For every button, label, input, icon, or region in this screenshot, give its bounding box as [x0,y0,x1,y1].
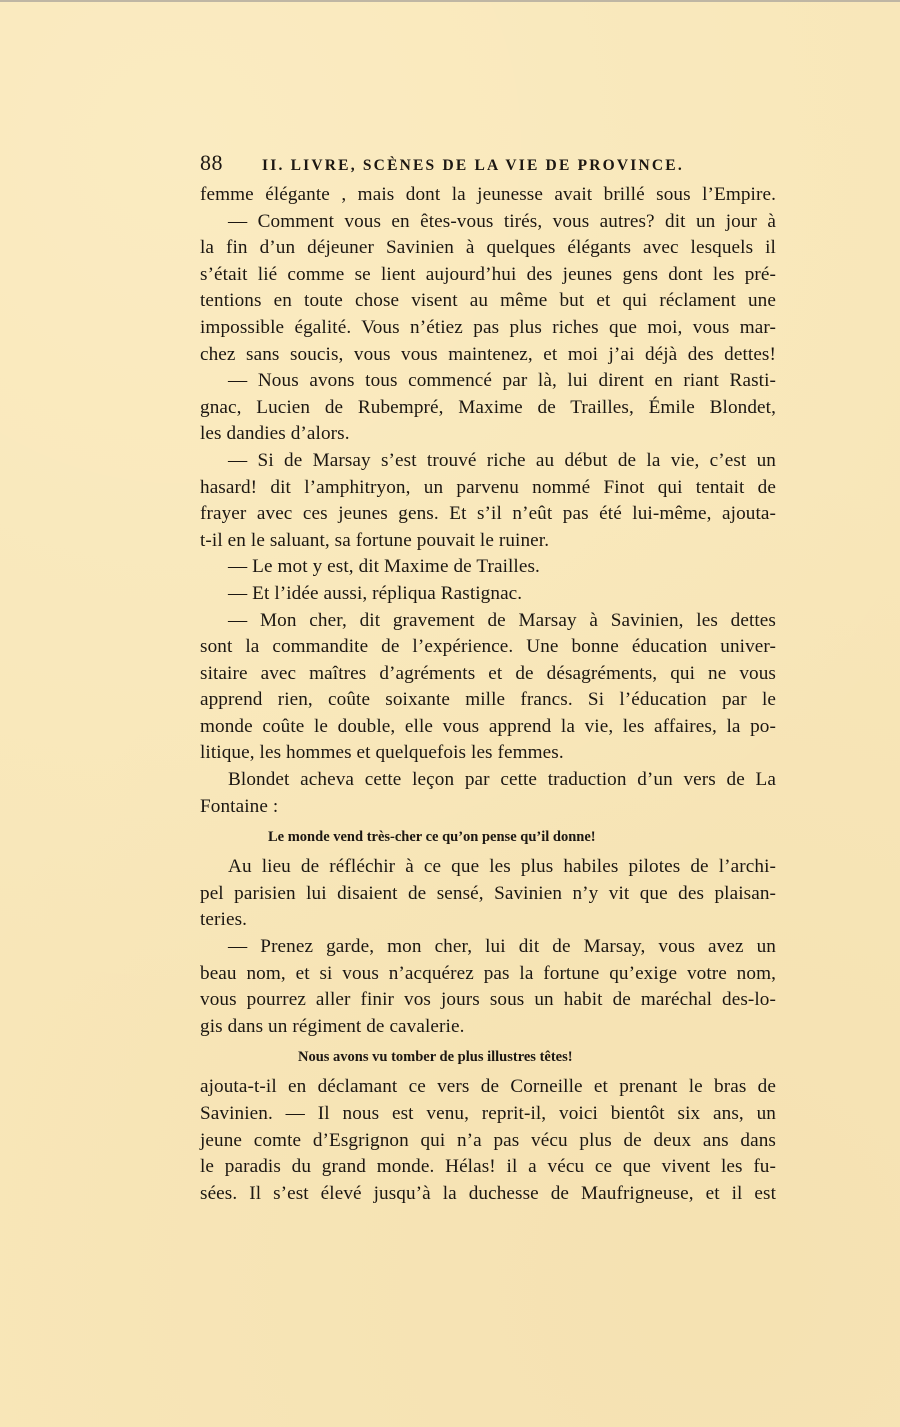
text-line: Fontaine : [200,794,776,821]
text-line: s’était lié comme se lient aujourd’hui d… [200,262,776,289]
text-line: ajouta-t-il en déclamant ce vers de Corn… [200,1074,776,1101]
text-line: monde coûte le double, elle vous apprend… [200,714,776,741]
text-line: — Le mot y est, dit Maxime de Trailles. [200,554,776,581]
text-block-3: ajouta-t-il en déclamant ce vers de Corn… [200,1074,776,1207]
verse-quotation-la-fontaine: Le monde vend très-cher ce qu’on pense q… [200,820,776,854]
text-line: la fin d’un déjeuner Savinien à quelques… [200,235,776,262]
text-line: vous pourrez aller finir vos jours sous … [200,987,776,1014]
text-line: hasard! dit l’amphitryon, un parvenu nom… [200,475,776,502]
text-line: tentions en toute chose visent au même b… [200,288,776,315]
text-line: jeune comte d’Esgrignon qui n’a pas vécu… [200,1128,776,1155]
text-line: Blondet acheva cette leçon par cette tra… [200,767,776,794]
verse-quotation-corneille: Nous avons vu tomber de plus illustres t… [200,1040,776,1074]
text-line: chez sans soucis, vous vous maintenez, e… [200,342,776,369]
text-line: — Comment vous en êtes-vous tirés, vous … [200,209,776,236]
running-head: II. LIVRE, SCÈNES DE LA VIE DE PROVINCE. [262,157,684,175]
text-line: — Et l’idée aussi, répliqua Rastignac. [200,581,776,608]
book-page: 88 II. LIVRE, SCÈNES DE LA VIE DE PROVIN… [200,150,776,1207]
text-line: Au lieu de réfléchir à ce que les plus h… [200,854,776,881]
text-line: frayer avec ces jeunes gens. Et s’il n’e… [200,501,776,528]
text-line: Savinien. — Il nous est venu, reprit-il,… [200,1101,776,1128]
text-line: impossible égalité. Vous n’étiez pas plu… [200,315,776,342]
text-line: apprend rien, coûte soixante mille franc… [200,687,776,714]
text-line: femme élégante , mais dont la jeunesse a… [200,182,776,209]
text-line: pel parisien lui disaient de sensé, Savi… [200,881,776,908]
text-line: — Mon cher, dit gravement de Marsay à Sa… [200,608,776,635]
text-line: teries. [200,907,776,934]
text-block-1: femme élégante , mais dont la jeunesse a… [200,182,776,820]
text-line: gis dans un régiment de cavalerie. [200,1014,776,1041]
text-line: les dandies d’alors. [200,421,776,448]
text-line: beau nom, et si vous n’acquérez pas la f… [200,961,776,988]
text-line: sont la commandite de l’expérience. Une … [200,634,776,661]
text-line: — Si de Marsay s’est trouvé riche au déb… [200,448,776,475]
text-line: sées. Il s’est élevé jusqu’à la duchesse… [200,1181,776,1208]
text-line: sitaire avec maîtres d’agréments et de d… [200,661,776,688]
text-line: gnac, Lucien de Rubempré, Maxime de Trai… [200,395,776,422]
page-number: 88 [200,150,262,176]
text-line: — Prenez garde, mon cher, lui dit de Mar… [200,934,776,961]
text-line: t-il en le saluant, sa fortune pouvait l… [200,528,776,555]
text-line: litique, les hommes et quelquefois les f… [200,740,776,767]
text-line: — Nous avons tous commencé par là, lui d… [200,368,776,395]
text-block-2: Au lieu de réfléchir à ce que les plus h… [200,854,776,1040]
page-header: 88 II. LIVRE, SCÈNES DE LA VIE DE PROVIN… [200,150,776,178]
scan-top-edge [0,0,900,2]
text-line: le paradis du grand monde. Hélas! il a v… [200,1154,776,1181]
